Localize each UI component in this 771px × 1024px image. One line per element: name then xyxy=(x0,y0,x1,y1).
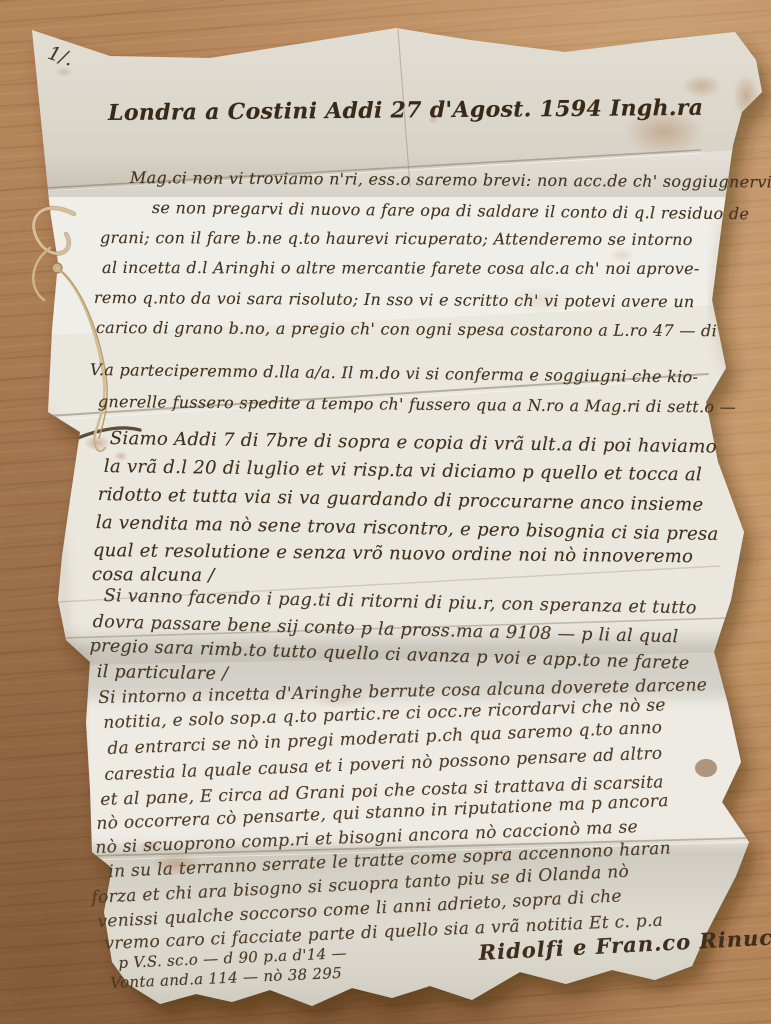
thread-wisp xyxy=(33,248,50,300)
manuscript-line: il particulare / xyxy=(97,662,229,684)
manuscript-line: carico di grano b.no, a pregio ch' con o… xyxy=(96,318,717,340)
manuscript-line: al incetta d.l Aringhi o altre mercantie… xyxy=(102,258,700,278)
stain xyxy=(695,759,717,777)
dateline: Londra a Costini Addi 27 d'Agost. 1594 I… xyxy=(108,95,703,126)
photograph-of-letter: 1/. Londra a Costini Addi 27 d'Agost. 15… xyxy=(0,0,771,1024)
stain xyxy=(733,74,759,118)
manuscript-line: grani; con il fare b.ne q.to haurevi ric… xyxy=(100,228,693,249)
manuscript-line: cosa alcuna / xyxy=(92,564,215,586)
